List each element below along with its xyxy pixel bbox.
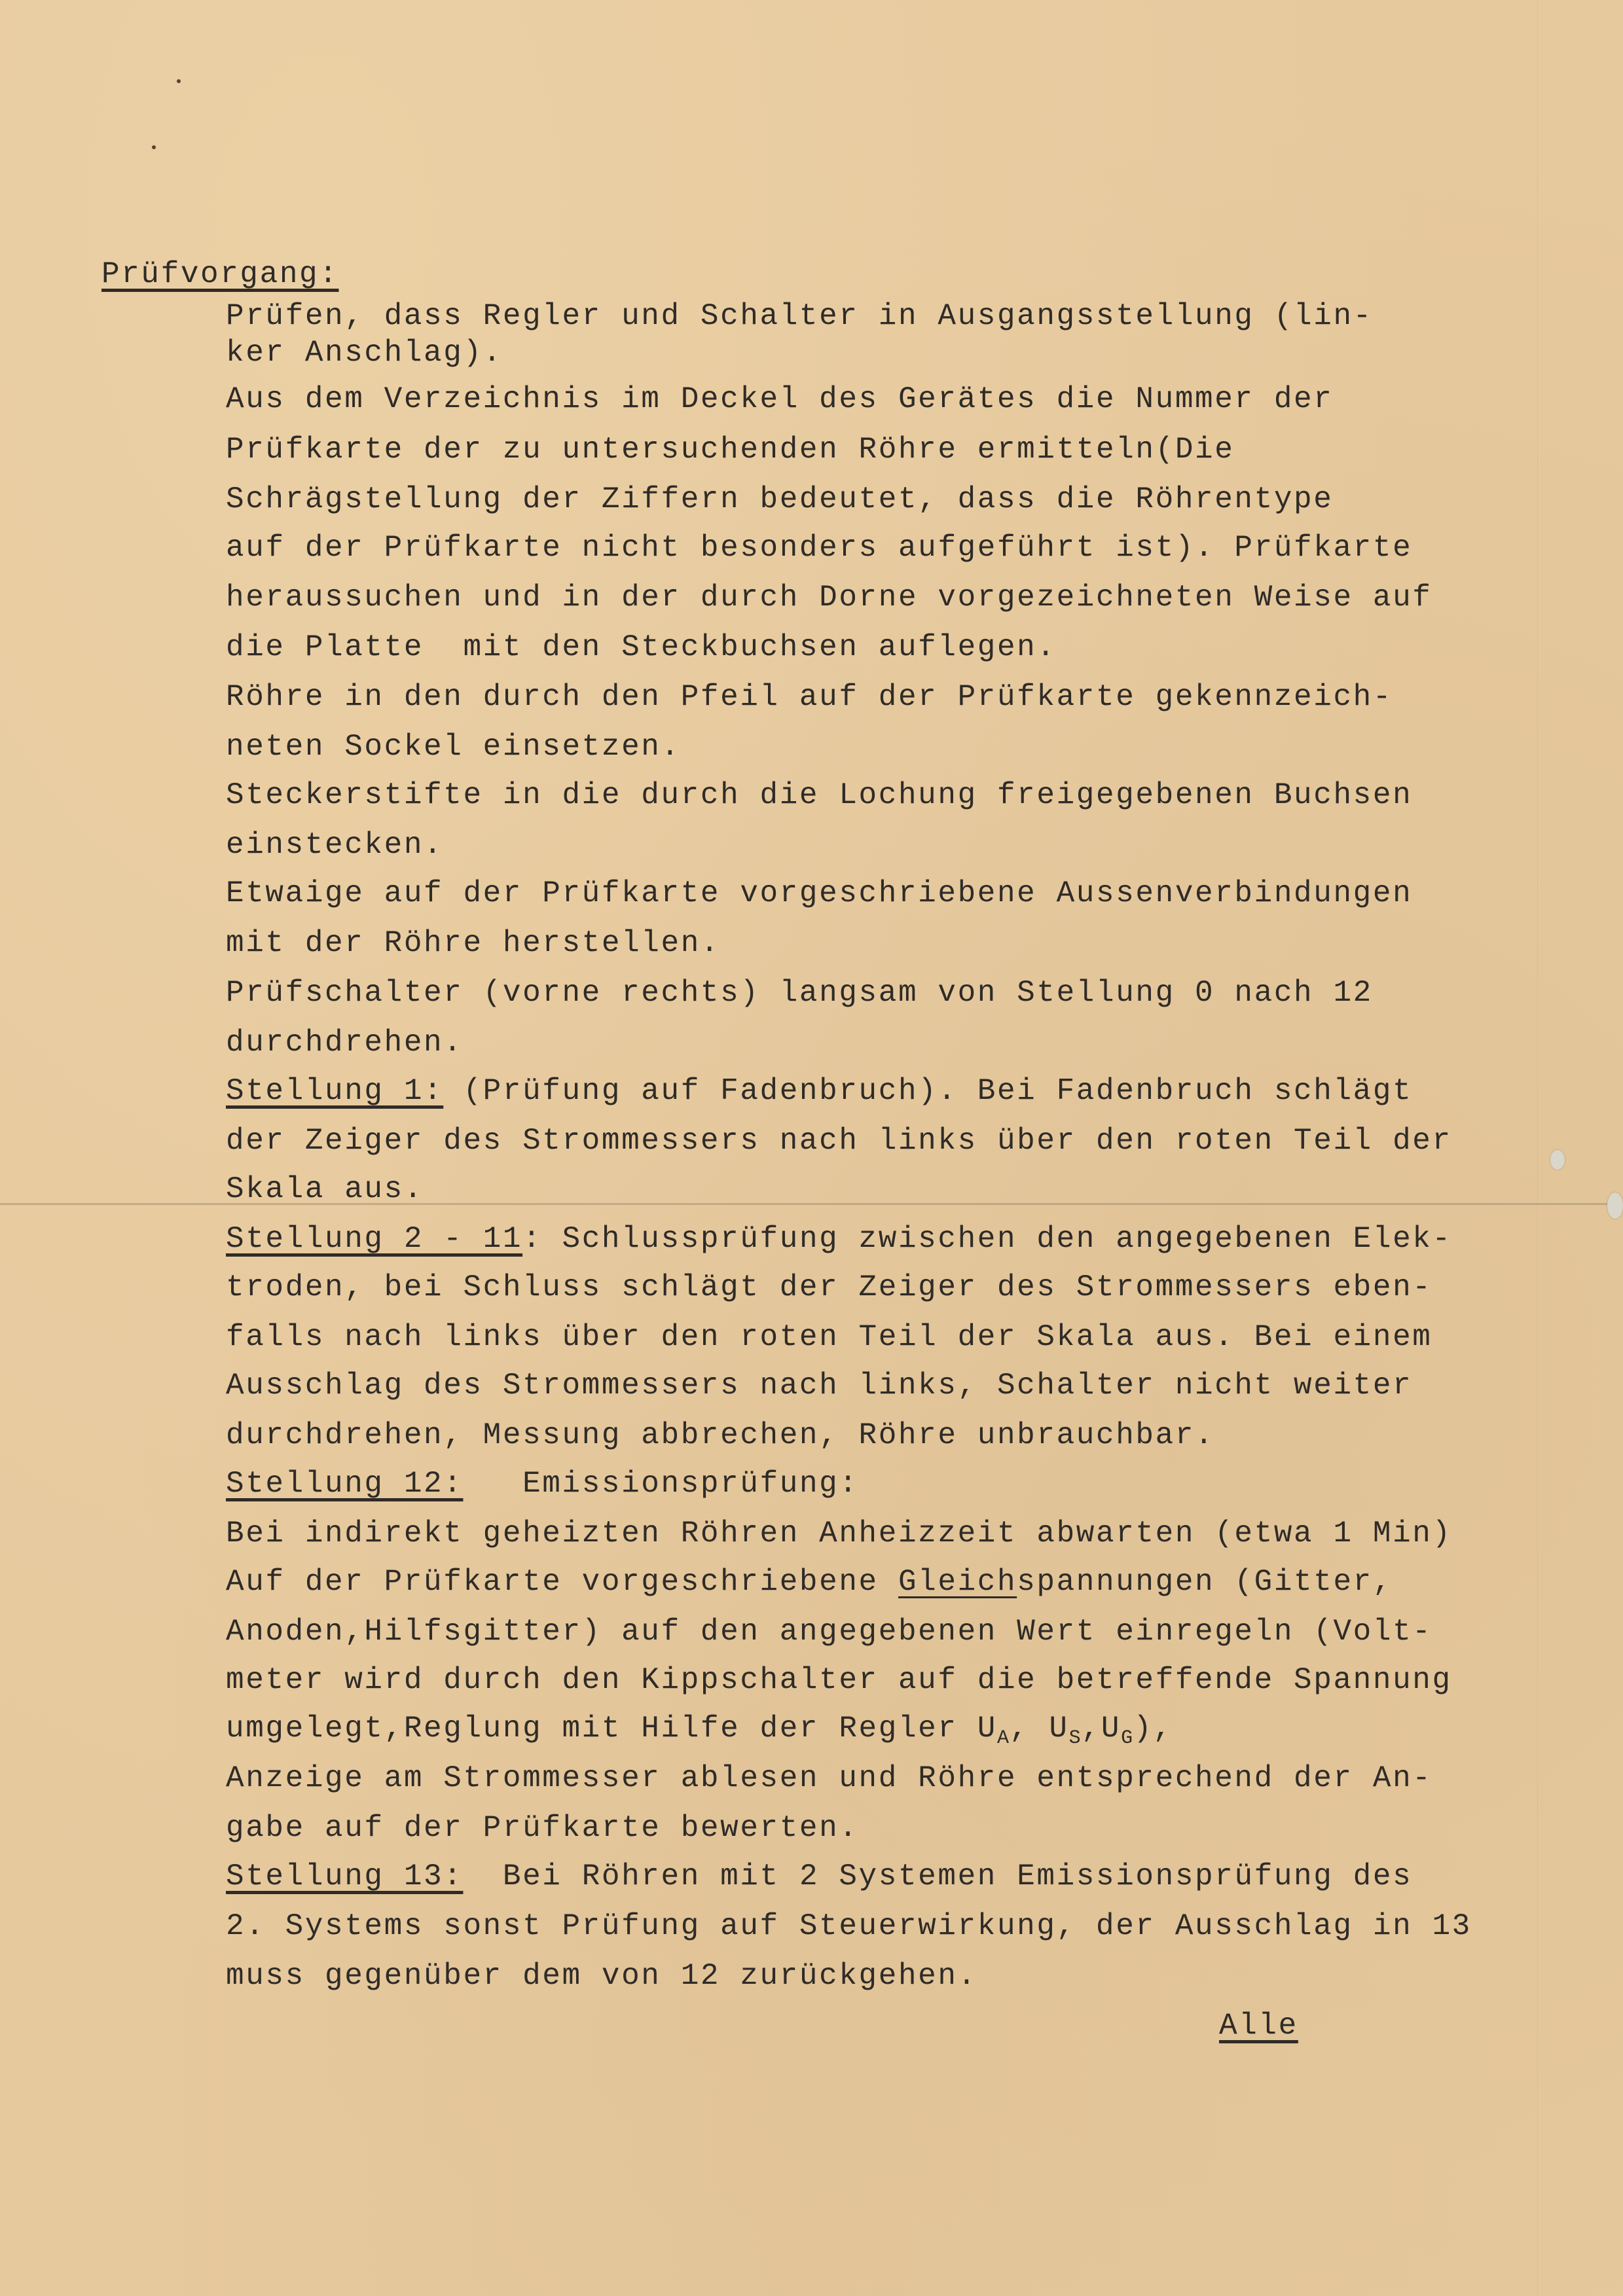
underlined-word: Gleich: [898, 1565, 1017, 1599]
typewritten-page: Prüfvorgang: Prüfen, dass Regler und Sch…: [0, 0, 1623, 2296]
stellung-1-text: (Prüfung auf Fadenbruch). Bei Fadenbruch…: [443, 1074, 1412, 1108]
text-line: gabe auf der Prüfkarte bewerten.: [226, 1810, 859, 1846]
text-span: spannungen (Gitter,: [1017, 1565, 1393, 1599]
text-line: durchdrehen, Messung abbrechen, Röhre un…: [226, 1418, 1214, 1453]
subscript-g: G: [1121, 1727, 1133, 1749]
text-line: einstecken.: [226, 827, 443, 863]
text-line: Prüfen, dass Regler und Schalter in Ausg…: [226, 298, 1373, 334]
text-line: Bei indirekt geheizten Röhren Anheizzeit…: [226, 1516, 1452, 1551]
text-line: Skala aus.: [226, 1172, 424, 1207]
regler-line: umgelegt,Reglung mit Hilfe der Regler UA…: [226, 1711, 1173, 1756]
ink-speck: [152, 145, 156, 149]
stellung-2-11-first-line: Stellung 2 - 11: Schlussprüfung zwischen…: [226, 1221, 1452, 1257]
stellung-1-first-line: Stellung 1: (Prüfung auf Fadenbruch). Be…: [226, 1073, 1412, 1109]
text-line: Prüfschalter (vorne rechts) langsam von …: [226, 975, 1373, 1011]
text-line: falls nach links über den roten Teil der…: [226, 1319, 1432, 1355]
paper-damage-spot: [1550, 1150, 1565, 1170]
subscript-a: A: [997, 1727, 1010, 1749]
text-line: troden, bei Schluss schlägt der Zeiger d…: [226, 1270, 1432, 1305]
text-line: ker Anschlag).: [226, 335, 503, 370]
text-line: Steckerstifte in die durch die Lochung f…: [226, 778, 1412, 813]
section-heading: Prüfvorgang:: [101, 257, 338, 292]
text-line: Etwaige auf der Prüfkarte vorgeschrieben…: [226, 876, 1412, 911]
text-span: ),: [1133, 1712, 1173, 1746]
signoff-alle: Alle: [1219, 2008, 1298, 2043]
stellung-12-label: Stellung 12:: [226, 1467, 463, 1501]
text-line: mit der Röhre herstellen.: [226, 925, 720, 961]
text-line: 2. Systems sonst Prüfung auf Steuerwirku…: [226, 1909, 1472, 1944]
text-span: , U: [1010, 1712, 1069, 1746]
text-line: die Platte mit den Steckbuchsen auflegen…: [226, 630, 1057, 665]
stellung-12-text: Emissionsprüfung:: [463, 1467, 858, 1501]
paper-fold-vertical: [1537, 0, 1539, 2296]
stellung-13-text: Bei Röhren mit 2 Systemen Emissionsprüfu…: [463, 1859, 1412, 1893]
stellung-13-label: Stellung 13:: [226, 1859, 463, 1893]
text-line: durchdrehen.: [226, 1025, 463, 1060]
text-line: Anzeige am Strommesser ablesen und Röhre…: [226, 1761, 1432, 1796]
text-span: ,U: [1082, 1712, 1121, 1746]
text-span: umgelegt,Reglung mit Hilfe der Regler U: [226, 1712, 997, 1746]
stellung-2-11-text: : Schlussprüfung zwischen den angegebene…: [522, 1222, 1452, 1256]
text-span: Auf der Prüfkarte vorgeschriebene: [226, 1565, 898, 1599]
text-line: Prüfkarte der zu untersuchenden Röhre er…: [226, 432, 1234, 467]
text-line: auf der Prüfkarte nicht besonders aufgef…: [226, 530, 1412, 565]
text-line: heraussuchen und in der durch Dorne vorg…: [226, 580, 1432, 615]
stellung-12-first-line: Stellung 12: Emissionsprüfung:: [226, 1466, 859, 1501]
stellung-2-11-label: Stellung 2 - 11: [226, 1222, 522, 1256]
text-line: meter wird durch den Kippschalter auf di…: [226, 1662, 1452, 1698]
text-line: Ausschlag des Strommessers nach links, S…: [226, 1368, 1412, 1403]
paper-damage-spot: [1607, 1193, 1623, 1219]
text-line: Anoden,Hilfsgitter) auf den angegebenen …: [226, 1614, 1432, 1649]
text-line: Auf der Prüfkarte vorgeschriebene Gleich…: [226, 1564, 1393, 1600]
text-line: Röhre in den durch den Pfeil auf der Prü…: [226, 679, 1393, 715]
text-line: Aus dem Verzeichnis im Deckel des Geräte…: [226, 382, 1333, 417]
stellung-1-label: Stellung 1:: [226, 1074, 443, 1108]
text-line: der Zeiger des Strommessers nach links ü…: [226, 1123, 1452, 1158]
text-line: Schrägstellung der Ziffern bedeutet, das…: [226, 482, 1333, 517]
ink-speck: [177, 79, 181, 83]
text-line: neten Sockel einsetzen.: [226, 729, 681, 764]
stellung-13-first-line: Stellung 13: Bei Röhren mit 2 Systemen E…: [226, 1859, 1412, 1894]
text-line: muss gegenüber dem von 12 zurückgehen.: [226, 1958, 977, 1994]
subscript-s: S: [1069, 1727, 1082, 1749]
